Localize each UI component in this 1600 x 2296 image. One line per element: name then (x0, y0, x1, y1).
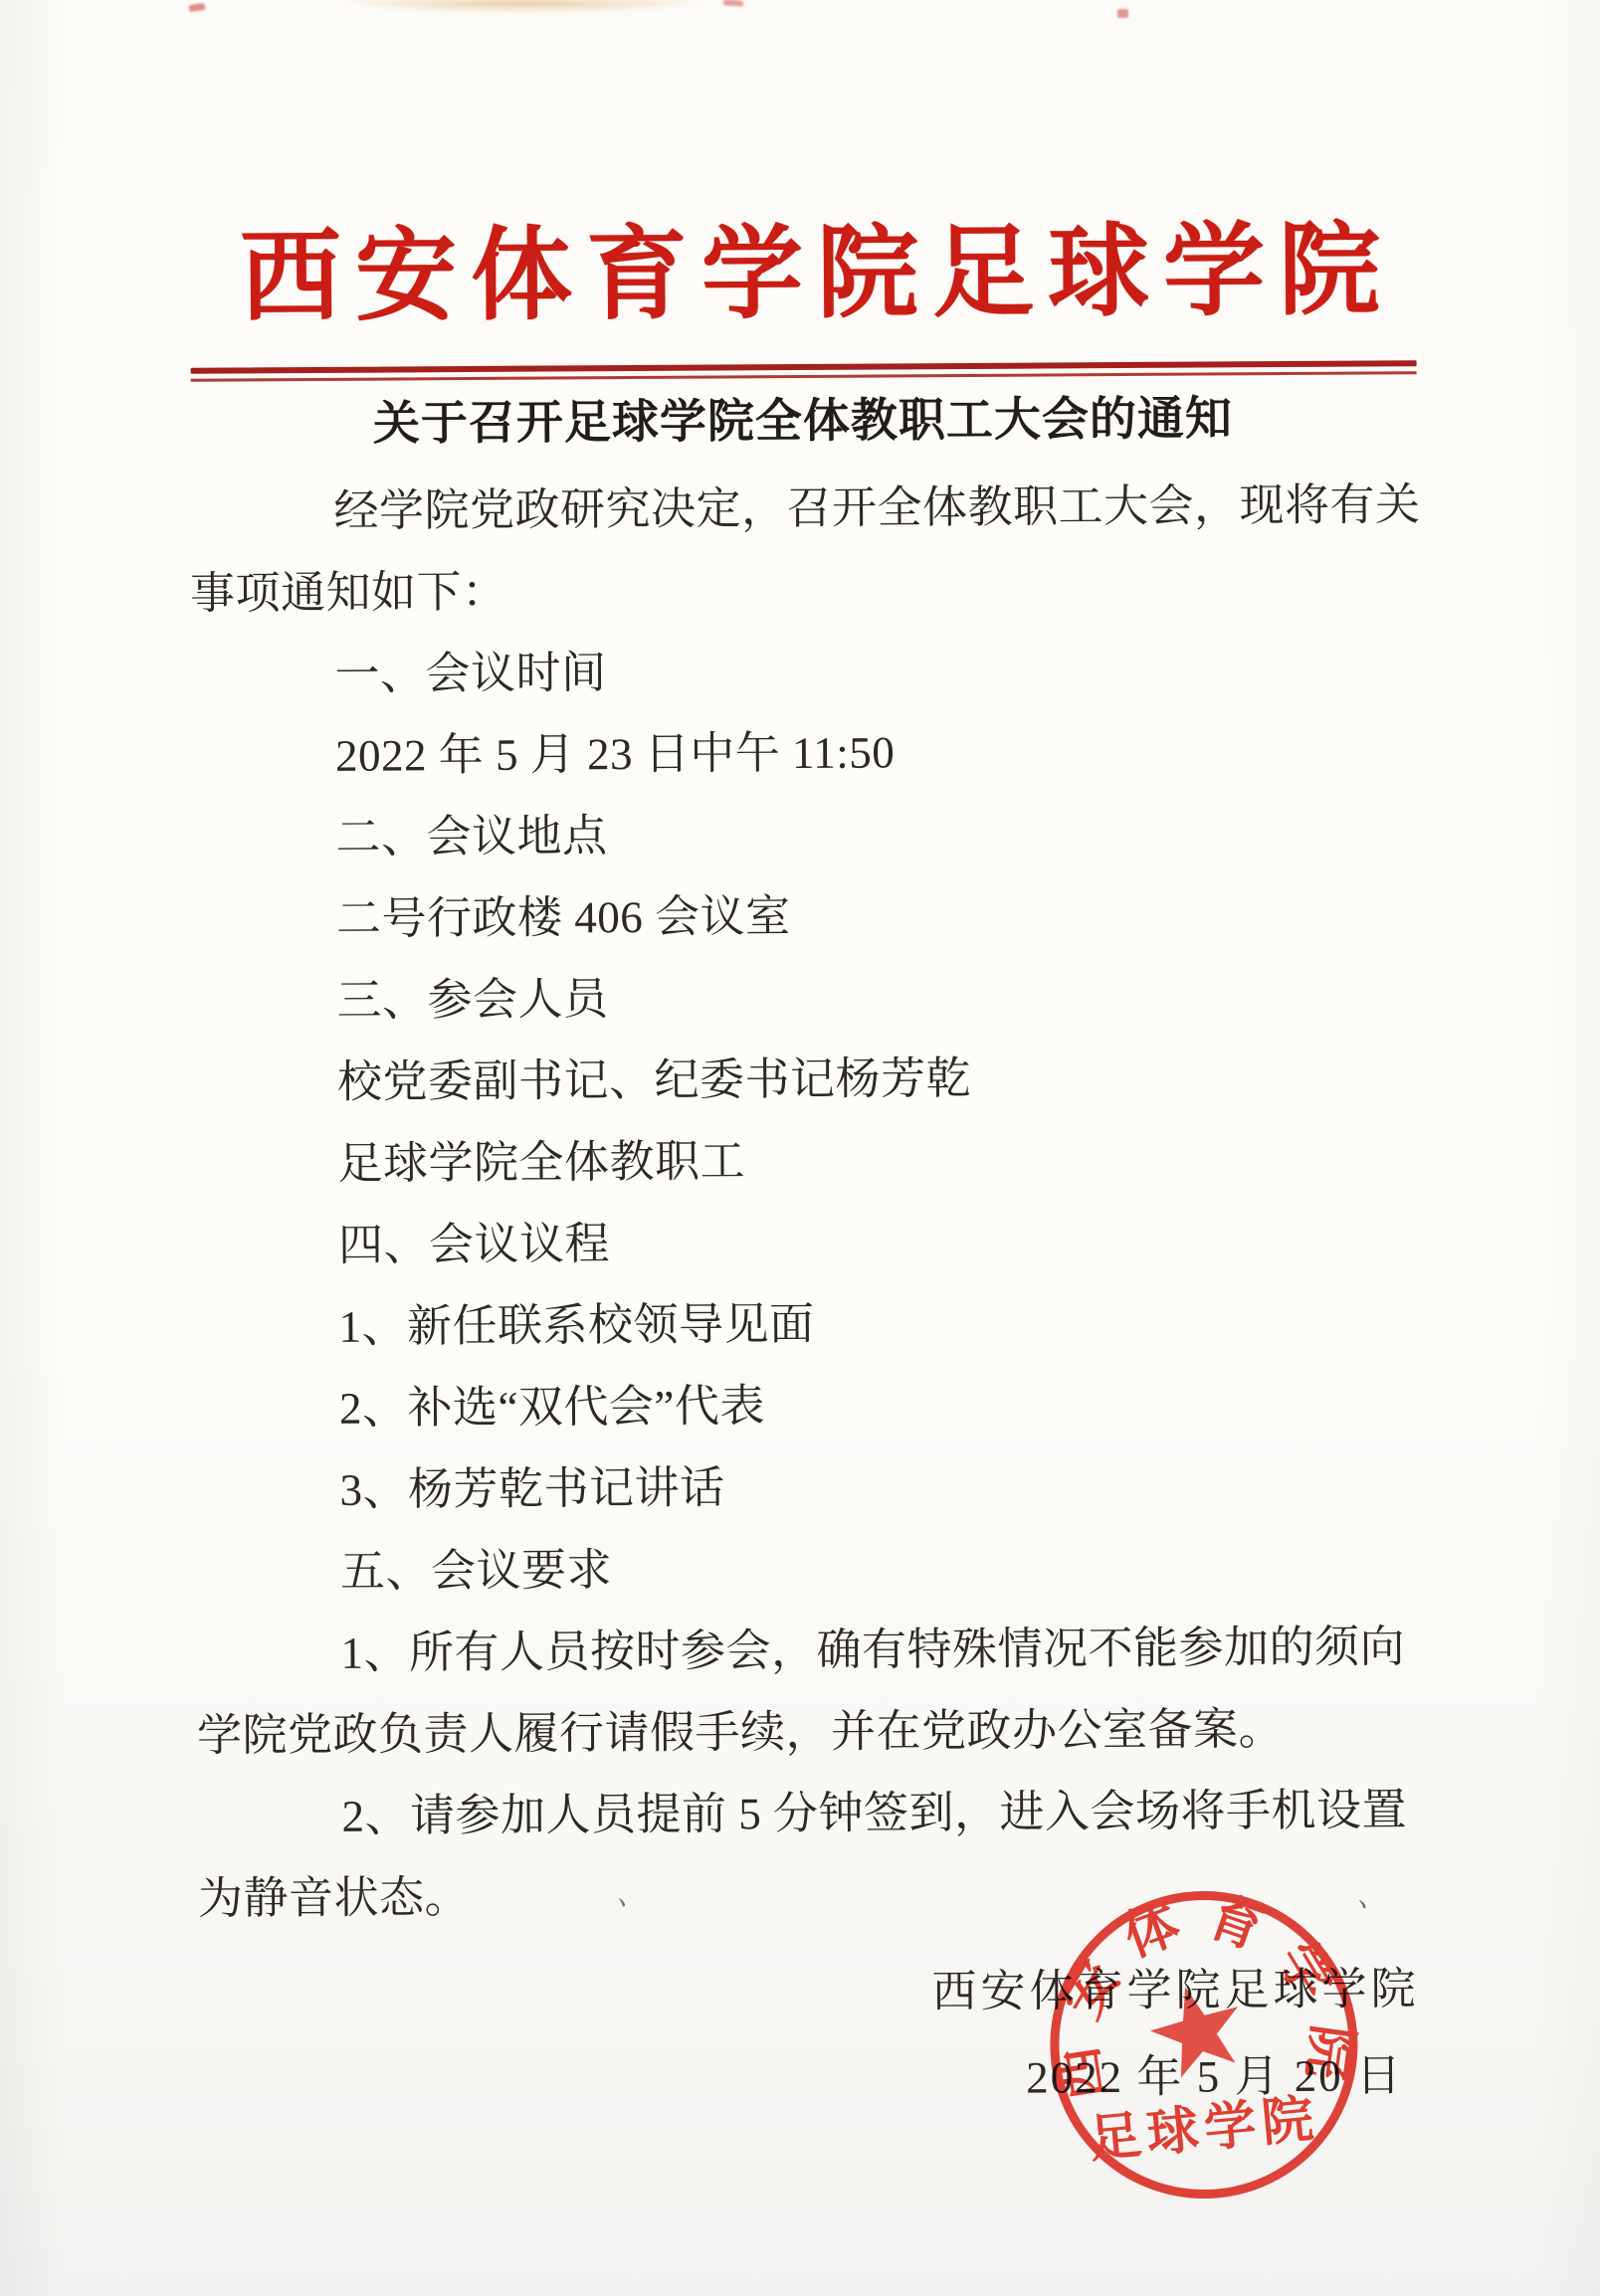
stamp-bottom-label: 足球学院 (1087, 2090, 1321, 2169)
body-text: 经学院党政研究决定，召开全体教职工大会，现将有关事项通知如下：一、会议时间202… (189, 464, 1442, 1940)
letterhead-rule (191, 360, 1417, 382)
body-line: 四、会议议程 (194, 1198, 1438, 1287)
body-line: 事项通知如下： (190, 545, 1434, 635)
body-line: 1、新任联系校领导见面 (194, 1279, 1438, 1369)
body-line: 五、会议要求 (196, 1524, 1440, 1614)
body-line: 3、杨芳乾书记讲话 (195, 1442, 1439, 1532)
body-line: 经学院党政研究决定，召开全体教职工大会，现将有关 (189, 464, 1433, 553)
body-line: 校党委副书记、纪委书记杨芳乾 (193, 1035, 1437, 1124)
scanned-notice-page: 西安体育学院足球学院 关于召开足球学院全体教职工大会的通知 经学院党政研究决定，… (0, 0, 1600, 2296)
body-line: 二、会议地点 (191, 790, 1435, 879)
document-content: 西安体育学院足球学院 关于召开足球学院全体教职工大会的通知 经学院党政研究决定，… (0, 0, 1600, 2296)
body-line: 二号行政楼 406 会议室 (192, 871, 1436, 961)
notice-title: 关于召开足球学院全体教职工大会的通知 (186, 380, 1420, 455)
letterhead-title: 西安体育学院足球学院 (230, 213, 1405, 337)
body-line: 一、会议时间 (190, 627, 1434, 716)
body-line: 2022 年 5 月 23 日中午 11:50 (191, 708, 1435, 798)
rule-thin-line (191, 371, 1417, 382)
body-line: 三、参会人员 (192, 953, 1436, 1043)
body-line: 1、所有人员按时参会，确有特殊情况不能参加的须向 (196, 1606, 1440, 1695)
body-line: 足球学院全体教职工 (193, 1116, 1437, 1206)
star-icon (1150, 1987, 1239, 2078)
body-line: 2、请参加人员提前 5 分钟签到，进入会场将手机设置 (197, 1769, 1441, 1858)
body-line: 学院党政负责人履行请假手续，并在党政办公室备案。 (197, 1687, 1441, 1777)
body-line: 2、补选“双代会”代表 (195, 1361, 1439, 1450)
official-stamp: 西安体育学院 足球学院 (1044, 1885, 1364, 2205)
stamp-arc-label: 西安体育学院 (1044, 1885, 1363, 2104)
